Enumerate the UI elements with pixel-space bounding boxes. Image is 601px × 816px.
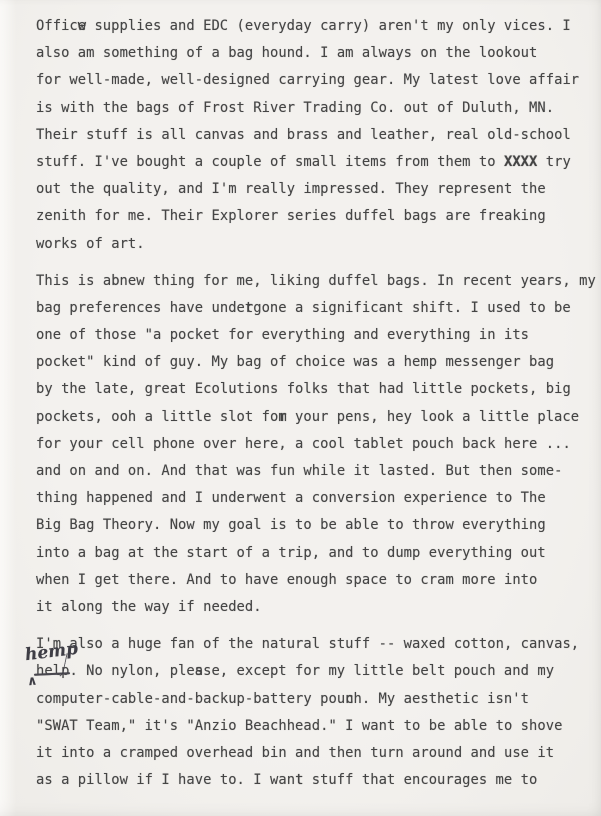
- overstrike-char: e: [78, 13, 86, 40]
- text-line: for well-made, well-designed carrying ge…: [36, 67, 591, 94]
- text-line: computer-cable-and-backup-battery pouch.…: [36, 686, 591, 713]
- text-line: for your cell phone over here, a cool ta…: [36, 431, 591, 458]
- text-line: bag preferences have undergone a signifi…: [36, 295, 591, 322]
- overstrike-char: r: [245, 295, 253, 322]
- text-line: zenith for me. Their Explorer series duf…: [36, 203, 591, 230]
- overstrike-char: r: [278, 404, 286, 431]
- overstrike-char: [111, 268, 119, 295]
- text-line: into a bag at the start of a trip, and t…: [36, 540, 591, 567]
- text-line: is with the bags of Frost River Trading …: [36, 95, 591, 122]
- text-line: Big Bag Theory. Now my goal is to be abl…: [36, 512, 591, 539]
- typed-crossout: XXXX: [504, 154, 537, 170]
- text-line: I'm also a huge fan of the natural stuff…: [36, 631, 591, 658]
- typewritten-page: Office supplies and EDC (everyday carry)…: [0, 0, 601, 816]
- text-line: it into a cramped overhead bin and then …: [36, 740, 591, 767]
- text-line: Office supplies and EDC (everyday carry)…: [36, 13, 591, 40]
- text-line: "SWAT Team," it's "Anzio Beachhead." I w…: [36, 713, 591, 740]
- text-line: Their stuff is all canvas and brass and …: [36, 122, 591, 149]
- text-line: also am something of a bag hound. I am a…: [36, 40, 591, 67]
- text-line: pocket" kind of guy. My bag of choice wa…: [36, 349, 591, 376]
- text-line: works of art.: [36, 231, 591, 258]
- text-line: it along the way if needed.: [36, 594, 591, 621]
- text-line: stuff. I've bought a couple of small ite…: [36, 149, 591, 176]
- overstrike-char: t: [295, 767, 303, 794]
- text-line: when I get there. And to have enough spa…: [36, 567, 591, 594]
- text-line: as a pillow if I have to. I want stuff t…: [36, 767, 591, 794]
- overstrike-char: c: [345, 686, 353, 713]
- caret-mark: ∧: [26, 674, 38, 690]
- text-line: This is a new thing for me, liking duffe…: [36, 268, 591, 295]
- text-line: help. No nylon, please, except for my li…: [36, 658, 591, 685]
- text-line: pockets, ooh a little slot for your pens…: [36, 404, 591, 431]
- text-line: by the late, great Ecolutions folks that…: [36, 376, 591, 403]
- text-line: and on and on. And that was fun while it…: [36, 458, 591, 485]
- paragraph: This is a new thing for me, liking duffe…: [36, 268, 591, 621]
- text-line: out the quality, and I'm really impresse…: [36, 176, 591, 203]
- paragraph: I'm also a huge fan of the natural stuff…: [36, 631, 591, 794]
- text-line: one of those "a pocket for everything an…: [36, 322, 591, 349]
- text-line: thing happened and I underwent a convers…: [36, 485, 591, 512]
- paragraph: Office supplies and EDC (everyday carry)…: [36, 13, 591, 258]
- overstrike-char: a: [195, 658, 203, 685]
- typed-text: Office supplies and EDC (everyday carry)…: [36, 13, 591, 804]
